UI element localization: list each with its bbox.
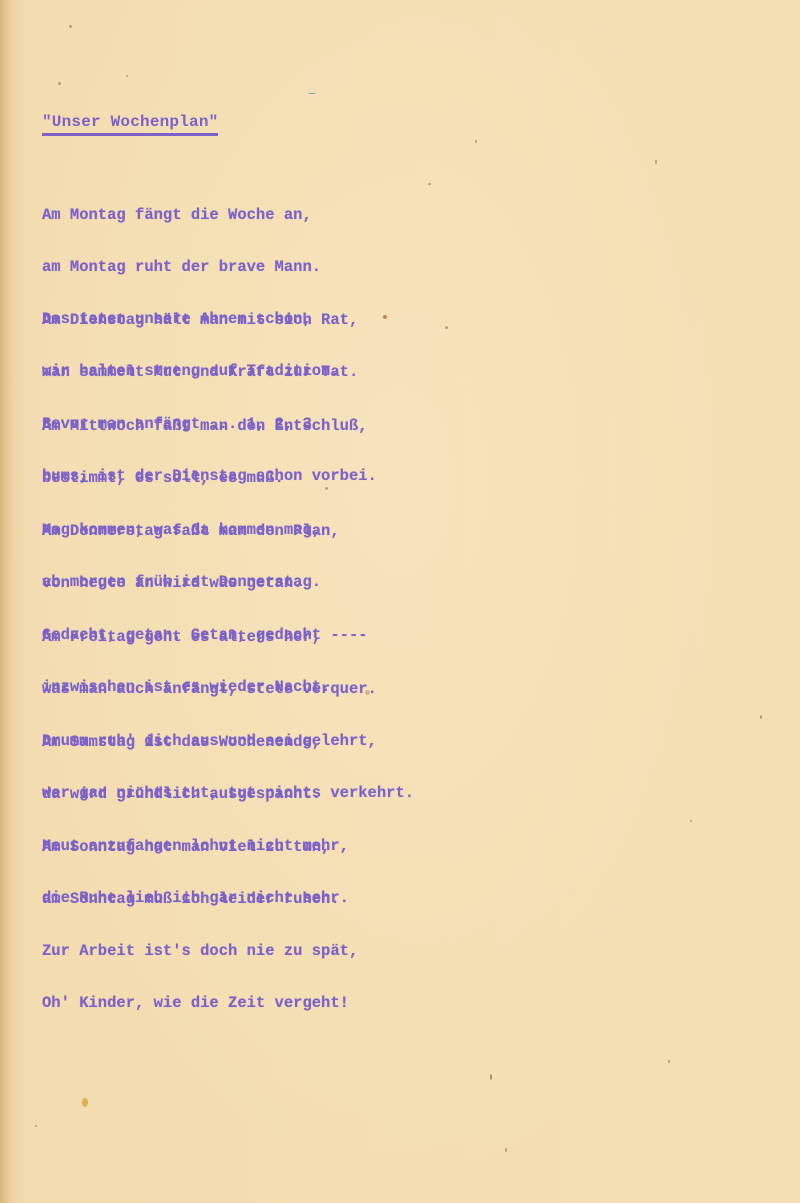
paper-speck xyxy=(505,1148,507,1152)
verse-line: von heute an wird was getan. xyxy=(42,575,368,592)
verse-line: bestimmt, es soll, es muß. xyxy=(42,470,368,487)
paper-speck xyxy=(58,82,61,85)
paper-speck xyxy=(428,183,431,185)
verse-line: Am Mittwoch faßt man den Entschluß, xyxy=(42,418,368,435)
verse-line: Am Samstag ist das Wochenende, xyxy=(42,734,349,751)
verse-line: man sammelt Mut und Kraft zur Tat. xyxy=(42,364,377,381)
verse-line: Oh' Kinder, wie die Zeit vergeht! xyxy=(42,995,358,1012)
verse-line: Zur Arbeit ist's doch nie zu spät, xyxy=(42,943,358,960)
verse-line: am Montag ruht der brave Mann. xyxy=(42,259,340,276)
rust-stain xyxy=(383,315,387,319)
verse-line: am Sonntag muß ich leider ruhen. xyxy=(42,891,358,908)
paper-speck xyxy=(490,1074,492,1080)
page-title: "Unser Wochenplan" xyxy=(42,113,218,136)
verse-line: Am Donnerstag faßt man den Plan, xyxy=(42,523,368,540)
teal-mark xyxy=(308,93,316,94)
typewritten-page: "Unser Wochenplan" Am Montag fängt die W… xyxy=(0,0,800,1203)
paper-speck xyxy=(668,1060,670,1063)
rust-stain xyxy=(82,1098,88,1107)
paper-speck xyxy=(690,820,692,822)
paper-speck xyxy=(655,160,657,164)
verse-line: Am Sonntag hat man viel zu tun, xyxy=(42,839,358,856)
verse-line: was man auch anfängt, stets verquer. xyxy=(42,681,414,698)
stanza-sonntag: Am Sonntag hat man viel zu tun, am Sonnt… xyxy=(42,804,358,1048)
paper-speck xyxy=(126,75,128,77)
verse-line: Am Freitag geht es alters her, xyxy=(42,629,414,646)
paper-speck xyxy=(35,1125,37,1127)
paper-speck xyxy=(445,326,448,329)
paper-speck xyxy=(69,25,72,28)
verse-line: da wird gründlich ausgespannt. xyxy=(42,786,349,803)
paper-speck xyxy=(475,140,477,143)
paper-speck xyxy=(760,715,762,719)
verse-line: Am Dienstag hält man mit sich Rat, xyxy=(42,312,377,329)
verse-line: Am Montag fängt die Woche an, xyxy=(42,207,340,224)
